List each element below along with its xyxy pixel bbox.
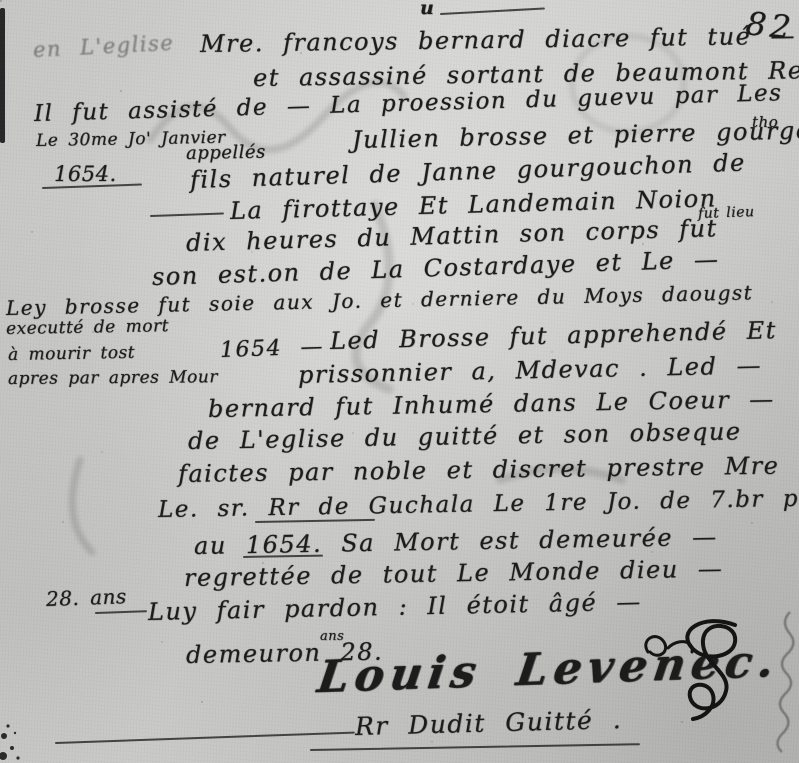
manuscript-line: au 1654. Sa Mort est demeurée — (194, 523, 718, 560)
manuscript-line: regrettée de tout Le Monde dieu — (184, 555, 724, 592)
manuscript-page: 82 u en L'eglise Mre. francoys bernard d… (0, 0, 799, 763)
ink-splatter (0, 724, 20, 760)
signature-title: Rr Dudit Guitté . (355, 705, 623, 741)
scan-edge-mark (0, 8, 5, 143)
top-mark: u (420, 0, 435, 19)
margin-note-exec-3: apres par apres Mour (8, 367, 218, 389)
manuscript-line: Mre. francoys bernard diacre fut tué — (200, 22, 796, 58)
interlinear-ans: ans (320, 629, 344, 644)
manuscript-line: 1654 — (220, 334, 325, 363)
margin-note-exec-2: à mourir tost (8, 343, 135, 365)
manuscript-line: de L'eglise du guitté et son obseque (188, 417, 742, 455)
manuscript-line: Le. sr. Rr de Guchala Le 1re Jo. de 7.br… (158, 485, 799, 523)
manuscript-line: Led Brosse fut apprehendé Et (330, 316, 778, 355)
margin-note-age: 28. ans (46, 584, 128, 611)
manuscript-line: Luy fair pardon : Il étoit âgé — (148, 588, 642, 626)
ink-stroke-signature-rule (55, 732, 355, 744)
ink-stroke-firottaye-lead (150, 212, 224, 217)
margin-note-year: 1654. (54, 162, 117, 186)
interlinear-fut-lieu: fut lieu (698, 204, 755, 222)
margin-note-exec-1: executté de mort (6, 316, 169, 339)
interlinear-appelles: appellés (186, 142, 266, 164)
paper-grain (0, 0, 2, 2)
manuscript-line: Ley brosse fut soie aux Jo. et derniere … (6, 280, 754, 320)
ink-stroke-title-rule (310, 743, 640, 751)
interlinear-tho: tho (752, 113, 778, 131)
manuscript-line: faictes par noble et discret prestre Mre (178, 452, 780, 488)
manuscript-line: prissonnier a, Mdevac . Led — (298, 351, 763, 389)
bleed-through-mark (72, 460, 92, 552)
bleed-through-script-edge (778, 612, 794, 752)
ghost-header: en L'eglise (32, 31, 174, 62)
ink-stroke-top (440, 8, 545, 15)
ink-stroke-pardon-lead (95, 610, 147, 614)
signature-name: Louis Levenec. (314, 636, 783, 703)
